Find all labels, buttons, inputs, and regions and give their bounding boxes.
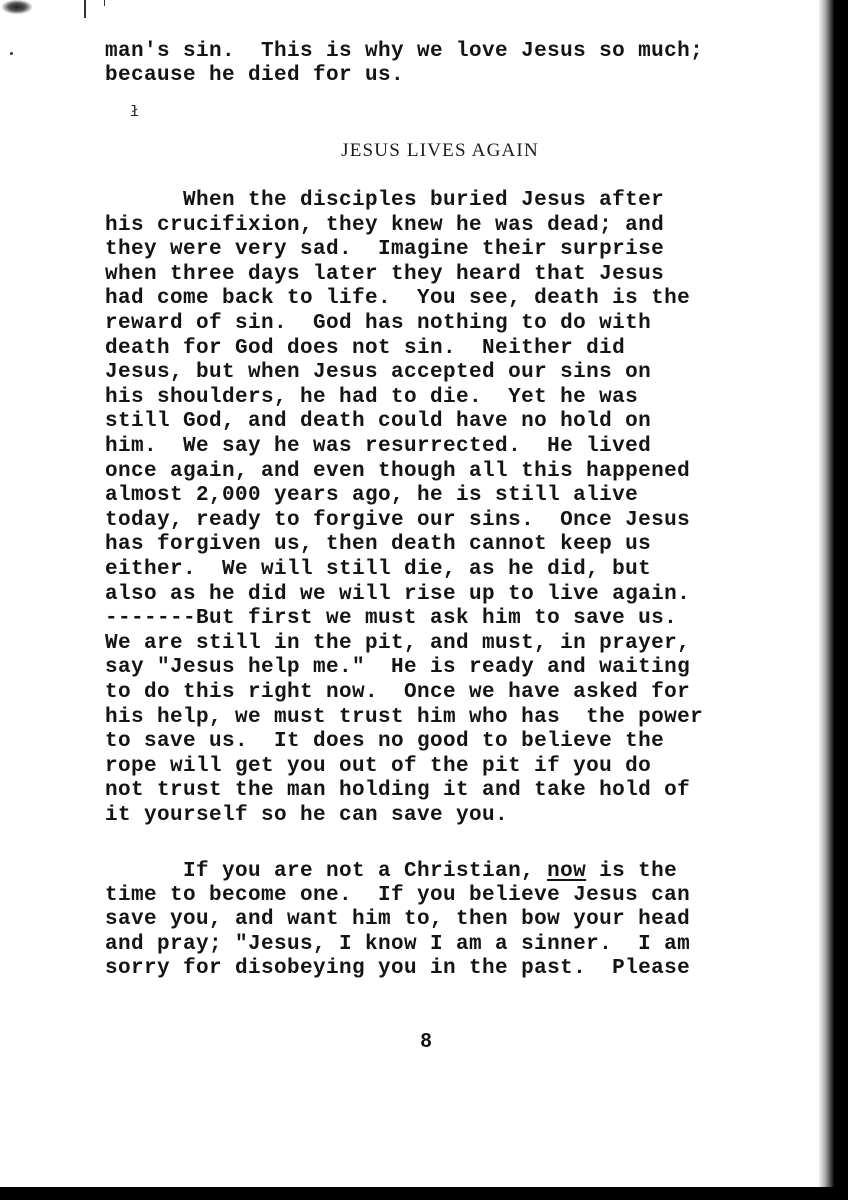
text-line: his crucifixion, they knew he was dead; … [105,214,664,238]
text-segment: is the [586,860,677,883]
text-line: reward of sin. God has nothing to do wit… [105,312,651,336]
text-line: still God, and death could have no hold … [105,410,651,434]
text-line: When the disciples buried Jesus after [105,189,664,213]
text-line: his shoulders, he had to die. Yet he was [105,386,638,410]
text-line: it yourself so he can save you. [105,804,508,828]
text-line: to save us. It does no good to believe t… [105,730,664,754]
text-line: almost 2,000 years ago, he is still aliv… [105,484,638,508]
text-line: when three days later they heard that Je… [105,263,664,287]
scan-dot [10,52,13,55]
text-line: sorry for disobeying you in the past. Pl… [105,957,690,981]
text-line: man's sin. This is why we love Jesus so … [105,40,703,64]
scan-mark [104,0,105,6]
text-line: death for God does not sin. Neither did [105,337,625,361]
text-line: save you, and want him to, then bow your… [105,908,690,932]
page-number: 8 [0,1030,848,1053]
text-line: had come back to life. You see, death is… [105,287,690,311]
scan-mark [84,0,86,18]
text-line: either. We will still die, as he did, bu… [105,558,651,582]
text-line: not trust the man holding it and take ho… [105,779,690,803]
text-line: him. We say he was resurrected. He lived [105,435,651,459]
scan-edge-right-core [834,0,848,1200]
text-line: say "Jesus help me." He is ready and wai… [105,656,690,680]
text-line: and pray; "Jesus, I know I am a sinner. … [105,933,690,957]
text-line: to do this right now. Once we have asked… [105,681,690,705]
text-line: also as he did we will rise up to live a… [105,583,690,607]
text-line: today, ready to forgive our sins. Once J… [105,509,690,533]
scanned-page: ł man's sin. This is why we love Jesus s… [0,0,848,1200]
text-line: they were very sad. Imagine their surpri… [105,238,664,262]
text-segment: If you are not a Christian, [105,860,547,883]
scan-edge-bottom [0,1187,848,1200]
underlined-word: now [547,860,586,883]
text-line: -------But first we must ask him to save… [105,607,677,631]
paragraph-2-first-line: If you are not a Christian, now is the [105,860,677,884]
text-line: time to become one. If you believe Jesus… [105,884,690,908]
text-line: We are still in the pit, and must, in pr… [105,632,690,656]
text-line: because he died for us. [105,64,404,88]
text-line: Jesus, but when Jesus accepted our sins … [105,361,651,385]
text-line: once again, and even though all this hap… [105,460,690,484]
scan-smudge [2,0,32,14]
text-line: his help, we must trust him who has the … [105,706,703,730]
section-heading: JESUS LIVES AGAIN [0,140,848,162]
text-line: has forgiven us, then death cannot keep … [105,533,651,557]
stray-mark: ł [130,104,139,121]
text-line: rope will get you out of the pit if you … [105,755,651,779]
